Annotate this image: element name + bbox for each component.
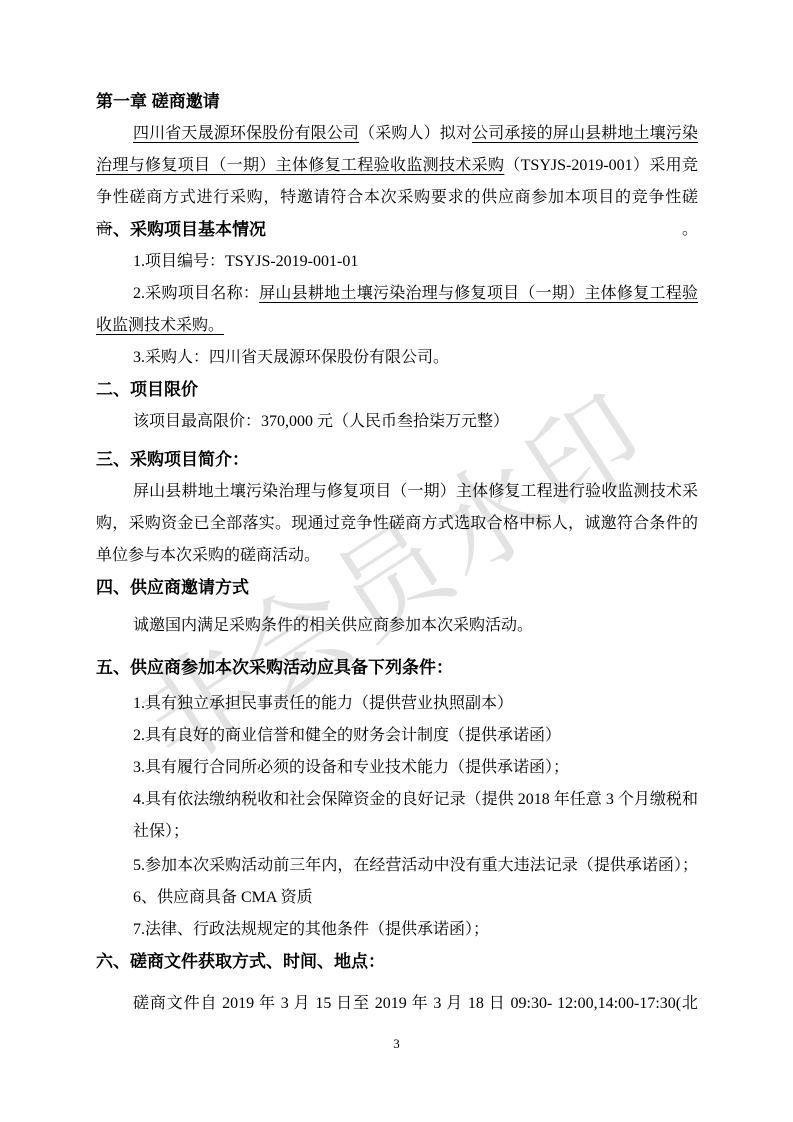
text-run: 第一章 磋商邀请 xyxy=(96,92,220,111)
text-run: 3.采购人：四川省天晟源环保股份有限公司。 xyxy=(133,349,449,366)
text-line: 购，采购资金已全部落实。现通过竞争性磋商方式选取合格中标人，诚邀符合条件的 xyxy=(96,508,698,540)
text-line: 诚邀国内满足采购条件的相关供应商参加本次采购活动。 xyxy=(96,610,698,642)
text-line: 治理与修复项目（一期）主体修复工程验收监测技术采购（TSYJS-2019-001… xyxy=(96,150,698,182)
text-run: 五、供应商参加本次采购活动应具备下列条件： xyxy=(96,658,453,677)
text-line: 该项目最高限价：370,000 元（人民币叁拾柒万元整） xyxy=(96,406,698,438)
text-line: 2.采购项目名称：屏山县耕地土壤污染治理与修复项目（一期）主体修复工程验 xyxy=(96,278,698,310)
text-line: 屏山县耕地土壤污染治理与修复项目（一期）主体修复工程进行验收监测技术采 xyxy=(96,476,698,508)
document-page: 非会员水印 第一章 磋商邀请四川省天晟源环保股份有限公司（采购人）拟对公司承接的… xyxy=(0,0,793,1122)
heading-line: 第一章 磋商邀请 xyxy=(96,86,698,118)
heading-line: 六、磋商文件获取方式、时间、地点： xyxy=(96,946,698,978)
text-line: 3.采购人：四川省天晟源环保股份有限公司。 xyxy=(96,342,698,374)
text-line: 四川省天晟源环保股份有限公司（采购人）拟对公司承接的屏山县耕地土壤污染 xyxy=(96,118,698,150)
underlined-text-run: 屏山县耕地土壤污染治理与修复项目（一期）主体修复工程验 xyxy=(259,285,698,302)
text-line: 社保）； xyxy=(96,816,698,848)
text-run: 单位参与本次采购的磋商活动。 xyxy=(96,547,320,564)
text-run: 4.具有依法缴纳税收和社会保障资金的良好记录（提供 2018 年任意 3 个月缴… xyxy=(133,791,698,808)
underlined-text-run: 收监测技术采购。 xyxy=(96,317,224,334)
text-line: 6、供应商具备 CMA 资质 xyxy=(96,882,698,914)
text-line: 1.具有独立承担民事责任的能力（提供营业执照副本） xyxy=(96,688,698,720)
text-run: 3.具有履行合同所必须的设备和专业技术能力（提供承诺函）； xyxy=(133,759,569,776)
text-run: 1.项目编号：TSYJS-2019-001-01 xyxy=(133,253,358,270)
text-run: 社保）； xyxy=(133,823,189,840)
text-line: 收监测技术采购。 xyxy=(96,310,698,342)
heading-line: 二、项目限价 xyxy=(96,374,698,406)
text-run: 2.采购项目名称： xyxy=(133,285,259,302)
document-body: 第一章 磋商邀请四川省天晟源环保股份有限公司（采购人）拟对公司承接的屏山县耕地土… xyxy=(96,86,698,1020)
heading-line: 三、采购项目简介： xyxy=(96,444,698,476)
text-line: 争性磋商方式进行采购，特邀请符合本次采购要求的供应商参加本项目的竞争性磋商。 xyxy=(96,182,698,214)
text-line: 5.参加本次采购活动前三年内，在经营活动中没有重大违法记录（提供承诺函）； xyxy=(96,850,698,882)
text-run: 5.参加本次采购活动前三年内，在经营活动中没有重大违法记录（提供承诺函）； xyxy=(133,857,698,874)
text-line: 4.具有依法缴纳税收和社会保障资金的良好记录（提供 2018 年任意 3 个月缴… xyxy=(96,784,698,816)
text-run: 1.具有独立承担民事责任的能力（提供营业执照副本） xyxy=(133,695,513,712)
text-run: 7.法律、行政法规规定的其他条件（提供承诺函）； xyxy=(133,921,489,938)
text-run: 2.具有良好的商业信誉和健全的财务会计制度（提供承诺函） xyxy=(133,727,561,744)
text-line: 磋商文件自 2019 年 3 月 15 日至 2019 年 3 月 18 日 0… xyxy=(96,988,698,1020)
underlined-text-run: 四川省天晟源环保股份有限公司 xyxy=(133,125,359,142)
page-number: 3 xyxy=(0,1036,793,1052)
text-line: 单位参与本次采购的磋商活动。 xyxy=(96,540,698,572)
heading-line: 五、供应商参加本次采购活动应具备下列条件： xyxy=(96,652,698,684)
text-run: 屏山县耕地土壤污染治理与修复项目（一期）主体修复工程进行验收监测技术采 xyxy=(133,483,698,500)
text-run: 购，采购资金已全部落实。现通过竞争性磋商方式选取合格中标人，诚邀符合条件的 xyxy=(96,515,698,532)
text-run: 六、磋商文件获取方式、时间、地点： xyxy=(96,952,385,971)
text-line: 2.具有良好的商业信誉和健全的财务会计制度（提供承诺函） xyxy=(96,720,698,752)
text-run: （TSYJS-2019-001）采用竞 xyxy=(504,157,698,174)
text-line: 3.具有履行合同所必须的设备和专业技术能力（提供承诺函）； xyxy=(96,752,698,784)
text-run: 三、采购项目简介： xyxy=(96,450,249,469)
text-run: 磋商文件自 2019 年 3 月 15 日至 2019 年 3 月 18 日 0… xyxy=(133,995,698,1012)
text-run: 诚邀国内满足采购条件的相关供应商参加本次采购活动。 xyxy=(133,617,533,634)
underlined-text-run: 公司承接的屏山县耕地土壤污染 xyxy=(472,125,698,142)
text-run: 二、项目限价 xyxy=(96,380,198,399)
text-run: 一、采购项目基本情况 xyxy=(96,220,266,239)
underlined-text-run: 治理与修复项目（一期）主体修复工程验收监测技术采购 xyxy=(96,157,504,174)
heading-line: 四、供应商邀请方式 xyxy=(96,572,698,604)
text-run: 四、供应商邀请方式 xyxy=(96,578,249,597)
text-line: 7.法律、行政法规规定的其他条件（提供承诺函）； xyxy=(96,914,698,946)
text-line: 1.项目编号：TSYJS-2019-001-01 xyxy=(96,246,698,278)
text-run: （采购人）拟对 xyxy=(359,125,472,142)
text-run: 6、供应商具备 CMA 资质 xyxy=(133,889,313,906)
text-run: 该项目最高限价：370,000 元（人民币叁拾柒万元整） xyxy=(133,413,509,430)
